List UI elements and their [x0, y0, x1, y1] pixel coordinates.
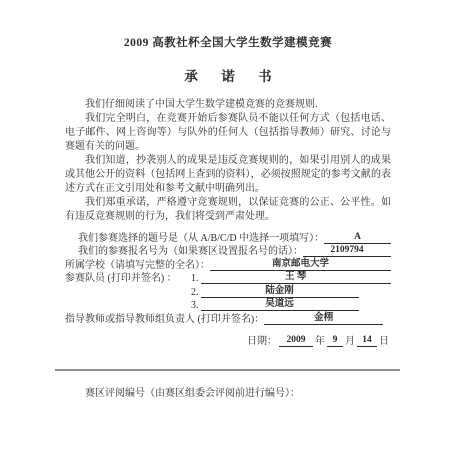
- member-name: 陆金刚: [201, 286, 359, 298]
- advisor-name: 金栩: [264, 313, 383, 325]
- letter-body: 我们仔细阅读了中国大学生数学建模竞赛的竞赛规则. 我们完全明白，在竞赛开始后参赛…: [65, 98, 391, 224]
- date-day-value: 14: [357, 335, 377, 347]
- date-year-value: 2009: [279, 335, 313, 347]
- contest-title: 2009 高教社杯全国大学生数学建模竞赛: [65, 36, 391, 50]
- paragraph-plagiarism-citation: 我们知道，抄袭别人的成果是违反竞赛规则的，如果引用别人的成果或其他公开的资料（包…: [65, 154, 391, 196]
- section-divider: [55, 369, 400, 371]
- date-month-value: 9: [327, 335, 343, 347]
- problem-choice-row: 我们参赛选择的题号是（从 A/B/C/D 中选择一项填写）： A: [65, 230, 391, 244]
- date-row: 日期： 2009 年 9 月 14 日: [65, 333, 391, 347]
- registration-number-label: 我们的参赛报名号为（如果赛区设置报名号的话）：: [65, 246, 303, 257]
- problem-choice-label: 我们参赛选择的题号是（从 A/B/C/D 中选择一项填写）：: [65, 233, 324, 244]
- problem-choice-value: A: [324, 232, 391, 244]
- advisor-row: 指导教师或指导教师组负责人 (打印并签名)： 金栩: [65, 311, 391, 325]
- date-year-unit: 年: [315, 336, 325, 347]
- paragraph-solemn-promise: 我们郑重承诺，严格遵守竞赛规则，以保证竞赛的公正、公平性。如有违反竞赛规则的行为…: [65, 196, 391, 224]
- commitment-letter-page: 2009 高教社杯全国大学生数学建模竞赛 承 诺 书 我们仔细阅读了中国大学生数…: [0, 0, 453, 453]
- advisor-label: 指导教师或指导教师组负责人 (打印并签名)：: [65, 314, 264, 325]
- date-label: 日期：: [247, 336, 277, 347]
- member-number: 1.: [191, 273, 199, 284]
- member-name: 吴道远: [201, 299, 359, 311]
- team-member-row-2: 2. 陆金刚: [191, 284, 391, 298]
- date-month-unit: 月: [345, 336, 355, 347]
- member-number: 3.: [191, 300, 199, 311]
- date-day-unit: 日: [379, 336, 389, 347]
- member-name: 王 琴: [201, 272, 392, 284]
- team-member-row-1: 参赛队员 (打印并签名) ： 1. 王 琴: [65, 271, 391, 285]
- registration-number-value: 2109794: [303, 245, 391, 257]
- page-heading: 承 诺 书: [65, 69, 391, 85]
- paragraph-no-outside-discussion: 我们完全明白，在竞赛开始后参赛队员不能以任何方式（包括电话、电子邮件、网上咨询等…: [65, 112, 391, 154]
- review-number-label: 赛区评阅编号（由赛区组委会评阅前进行编号）：: [65, 387, 391, 401]
- member-number: 2.: [191, 287, 199, 298]
- school-value: 南京邮电大学: [210, 259, 391, 271]
- school-row: 所属学校（请填写完整的全名）： 南京邮电大学: [65, 257, 391, 271]
- registration-number-row: 我们的参赛报名号为（如果赛区设置报名号的话）： 2109794: [65, 244, 391, 258]
- commitment-form: 我们参赛选择的题号是（从 A/B/C/D 中选择一项填写）： A 我们的参赛报名…: [65, 230, 391, 347]
- team-members-label: 参赛队员 (打印并签名) ：: [65, 273, 191, 284]
- school-label: 所属学校（请填写完整的全名）：: [65, 260, 210, 271]
- paragraph-read-rules: 我们仔细阅读了中国大学生数学建模竞赛的竞赛规则.: [65, 98, 391, 112]
- team-member-row-3: 3. 吴道远: [191, 298, 391, 312]
